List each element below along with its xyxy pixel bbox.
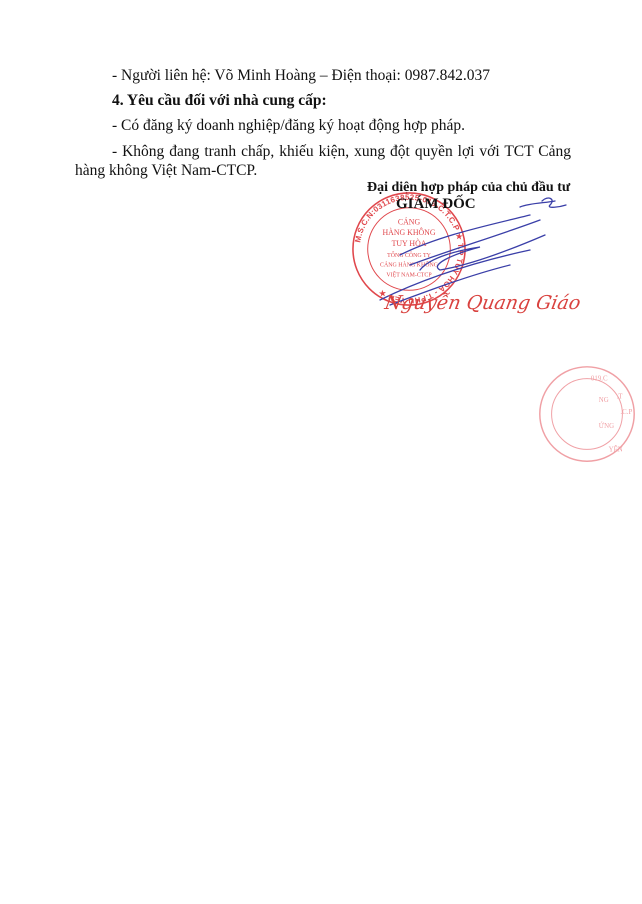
svg-text:YÊN: YÊN <box>609 445 623 453</box>
svg-text:ỨNG: ỨNG <box>599 422 614 430</box>
contact-line: - Người liên hệ: Võ Minh Hoàng – Điện th… <box>112 67 490 85</box>
section-heading: 4. Yêu cầu đối với nhà cung cấp: <box>112 92 327 110</box>
signer-name: Nguyễn Quang Giáo <box>383 292 582 314</box>
requirement-2-continuation: hàng không Việt Nam-CTCP. <box>75 162 257 180</box>
svg-text:019.C: 019.C <box>591 376 608 383</box>
requirement-1: - Có đăng ký doanh nghiệp/đăng ký hoạt đ… <box>112 117 465 135</box>
partial-stamp: 019.C .T .C.P NG ỨNG YÊN <box>528 362 642 466</box>
svg-text:NG: NG <box>599 397 609 404</box>
svg-text:.T: .T <box>617 393 624 400</box>
svg-text:.C.P: .C.P <box>620 409 632 416</box>
requirement-2: - Không đang tranh chấp, khiếu kiện, xun… <box>75 143 571 161</box>
